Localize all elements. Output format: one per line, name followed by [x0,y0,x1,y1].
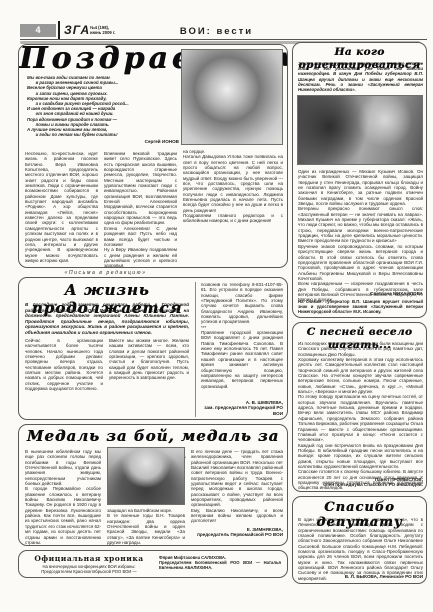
deputy-article: Спасибо депутату В один из апрельских дн… [292,496,427,584]
orient-byline: Светлана МИХАЙЛОВА [298,291,423,296]
veteran-portrait-photo [107,447,185,505]
masthead-title: ВОИ: вести [0,26,433,37]
congrats-column-1: Неспешно, по-крестьянски, идет жизнь в р… [25,151,98,263]
header-rule [20,39,427,40]
chronicle-left-text: На внеочередных конференциях ВОИ избраны… [29,564,149,574]
medal-column-3: В его личном деле — тридцать лет стажа ж… [191,449,283,525]
deputy-byline: В. Л. БЫКОВА, Ленинское РО ВОИ [298,574,423,579]
orient-photo-caption: На снимке: губернатор В.П. Шанцев вручае… [298,299,423,315]
life-goes-on-column-3: позвонив по телефону 8-831-4107-85-81. Е… [201,282,283,398]
life-goes-on-column-2: Вместе мы можем многое. Желаем нашим акт… [109,338,189,416]
congrats-column-3: на сердце. Наталья Давыдовна Углова тоже… [183,149,283,263]
congrats-poem: Мы все-таки годы считаем по летам в разг… [27,75,179,137]
song-byline: Павел ПРОМЫСЛОВ, член президиума Спасско… [298,477,423,488]
medal-article: Медаль за бой, медаль за труд... В нынеш… [18,424,288,546]
life-goes-on-byline: А. В. ШМЕЛЕВА, зам. председателя Городец… [201,400,283,416]
official-chronicle: Официальная хроника На внеочередных конф… [18,550,288,578]
deputy-body: В один из апрельских дней ДК «Красная Эт… [298,517,423,573]
chronicle-title: Официальная хроника [29,554,149,563]
newspaper-page: 4 ЗГА №4 (198), июнь 2009 г. ВОИ: вести … [0,0,433,612]
congrats-column-2: Влиянием вековой традиции живет село Пур… [104,151,177,263]
orient-body: Один из награжденных — Михаил Кузьмич Ис… [298,169,423,289]
song-article: С песней весело шагать... Из последних м… [292,322,427,492]
orient-lede: Этому почетному званию немного лет — все… [298,61,423,92]
award-ceremony-photo [297,95,423,165]
life-goes-on-lede: В последние годы заметно оживилась работ… [25,302,189,335]
song-body: Из последних мероприятий, которыми были … [298,341,423,475]
poem-author: Сергей ИОНОВ [27,139,179,144]
column-divider [195,282,196,417]
medal-column-2: защищал на Балтийском море. В те военные… [107,508,185,543]
orient-article: На кого ориентироваться Этому почетному … [292,42,427,318]
chronicle-right-text: Фярия Мифтаховна САЛИХОВА. Председателем… [159,555,281,570]
congrats-article: Поздравляем! Мы все-таки годы считаем по… [18,44,288,268]
medal-column-1: В нынешнем юбилейном году мы еще раз скл… [25,449,101,543]
medal-byline: Е. ЗИМНЯКОВА, председатель Первомайской … [191,527,283,538]
rose-photo [181,49,283,145]
life-goes-on-column-1: Сейчас в организации насчитывается более… [25,338,103,416]
rubric-label: «Письма в редакцию» [18,270,193,276]
life-goes-on-article: А жизнь продолжается В последние годы за… [18,277,288,420]
